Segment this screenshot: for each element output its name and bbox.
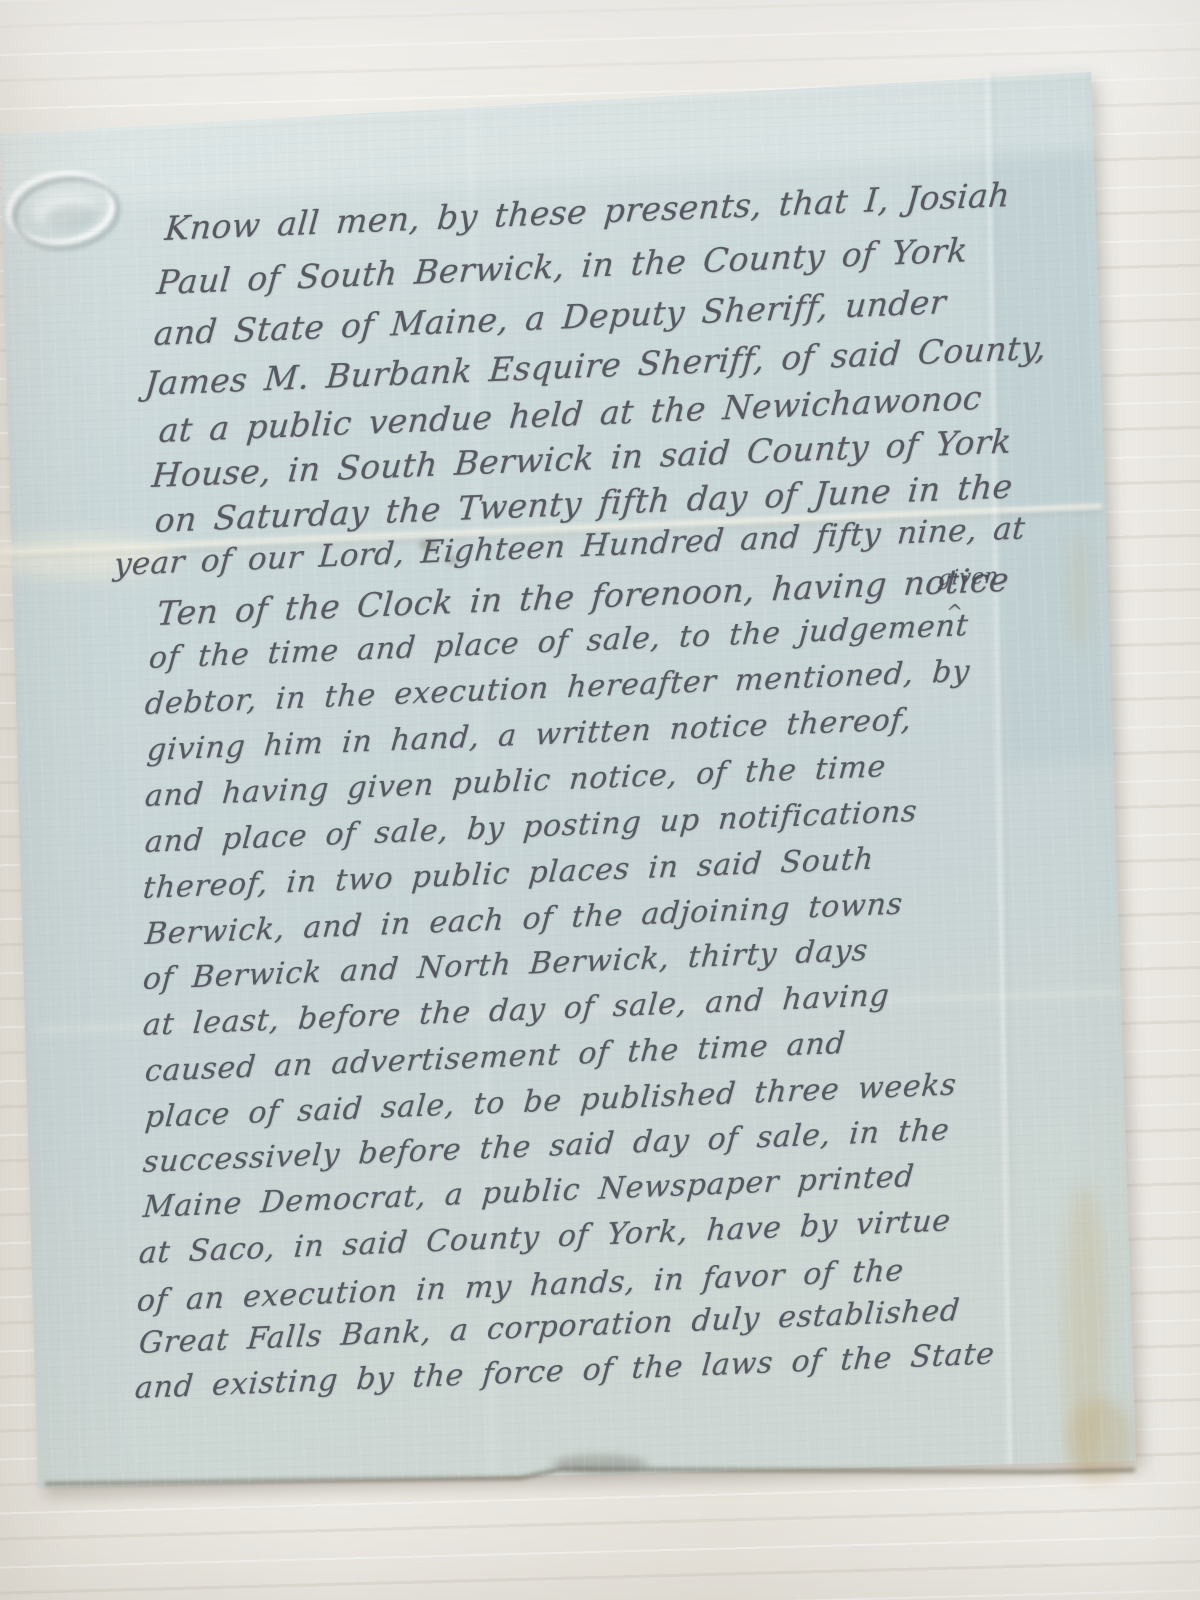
inserted-word: given (937, 566, 999, 590)
handwritten-text: Know all men, by these presents, that I,… (0, 0, 1200, 1600)
photo-of-document: Know all men, by these presents, that I,… (0, 0, 1200, 1600)
